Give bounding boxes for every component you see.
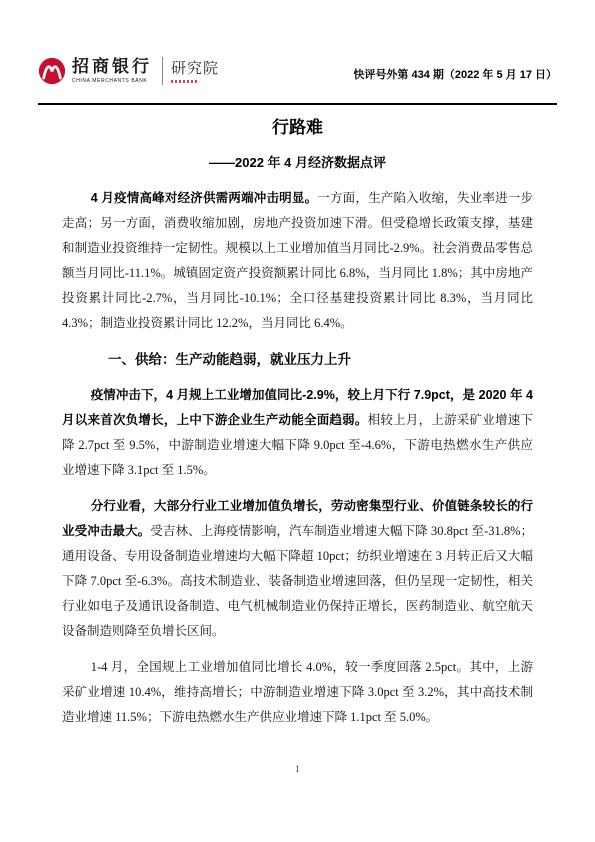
paragraph-1: 4 月疫情高峰对经济供需两端冲击明显。一方面，生产陷入收缩，失业率进一步走高；另…: [62, 186, 533, 336]
paragraph-2: 疫情冲击下，4 月规上工业增加值同比-2.9%，较上月下行 7.9pct，是 2…: [62, 383, 533, 483]
issue-info: 快评号外第 434 期（2022 年 5 月 17 日）: [353, 66, 557, 85]
bank-name-block: 招商银行 CHINA MERCHANTS BANK: [72, 58, 152, 84]
department-name: 研究院: [171, 60, 219, 77]
cmb-logo-icon: [38, 57, 66, 85]
section-heading-1: 一、供给：生产动能趋弱，就业压力上升: [62, 350, 533, 370]
document-body: 行路难 ——2022 年 4 月经济数据点评 4 月疫情高峰对经济供需两端冲击明…: [62, 116, 533, 741]
paragraph-3-text: 受吉林、上海疫情影响，汽车制造业增速大幅下降 30.8pct 至-31.8%；通…: [62, 524, 533, 638]
header-rule: [38, 103, 557, 105]
logo-divider: [162, 57, 163, 85]
bank-logo: 招商银行 CHINA MERCHANTS BANK 研究院: [38, 57, 219, 85]
department-tagline: [171, 80, 197, 83]
paragraph-3: 分行业看，大部分行业工业增加值负增长，劳动密集型行业、价值链条较长的行业受冲击最…: [62, 494, 533, 644]
report-page: 招商银行 CHINA MERCHANTS BANK 研究院 快评号外第 434 …: [0, 0, 595, 842]
paragraph-1-lead: 4 月疫情高峰对经济供需两端冲击明显。: [91, 191, 318, 205]
paragraph-4-text: 1-4 月，全国规上工业增加值同比增长 4.0%，较一季度回落 2.5pct。其…: [62, 660, 533, 724]
bank-name-en: CHINA MERCHANTS BANK: [72, 78, 152, 84]
page-subtitle: ——2022 年 4 月经济数据点评: [62, 154, 533, 172]
page-title: 行路难: [62, 116, 533, 140]
report-header: 招商银行 CHINA MERCHANTS BANK 研究院 快评号外第 434 …: [38, 57, 557, 85]
bank-name: 招商银行: [72, 58, 152, 76]
body-text: 4 月疫情高峰对经济供需两端冲击明显。一方面，生产陷入收缩，失业率进一步走高；另…: [62, 186, 533, 730]
paragraph-1-text: 一方面，生产陷入收缩，失业率进一步走高；另一方面，消费收缩加剧，房地产投资加速下…: [62, 191, 533, 330]
paragraph-4: 1-4 月，全国规上工业增加值同比增长 4.0%，较一季度回落 2.5pct。其…: [62, 655, 533, 730]
page-number: 1: [0, 764, 595, 774]
department-block: 研究院: [171, 60, 219, 83]
